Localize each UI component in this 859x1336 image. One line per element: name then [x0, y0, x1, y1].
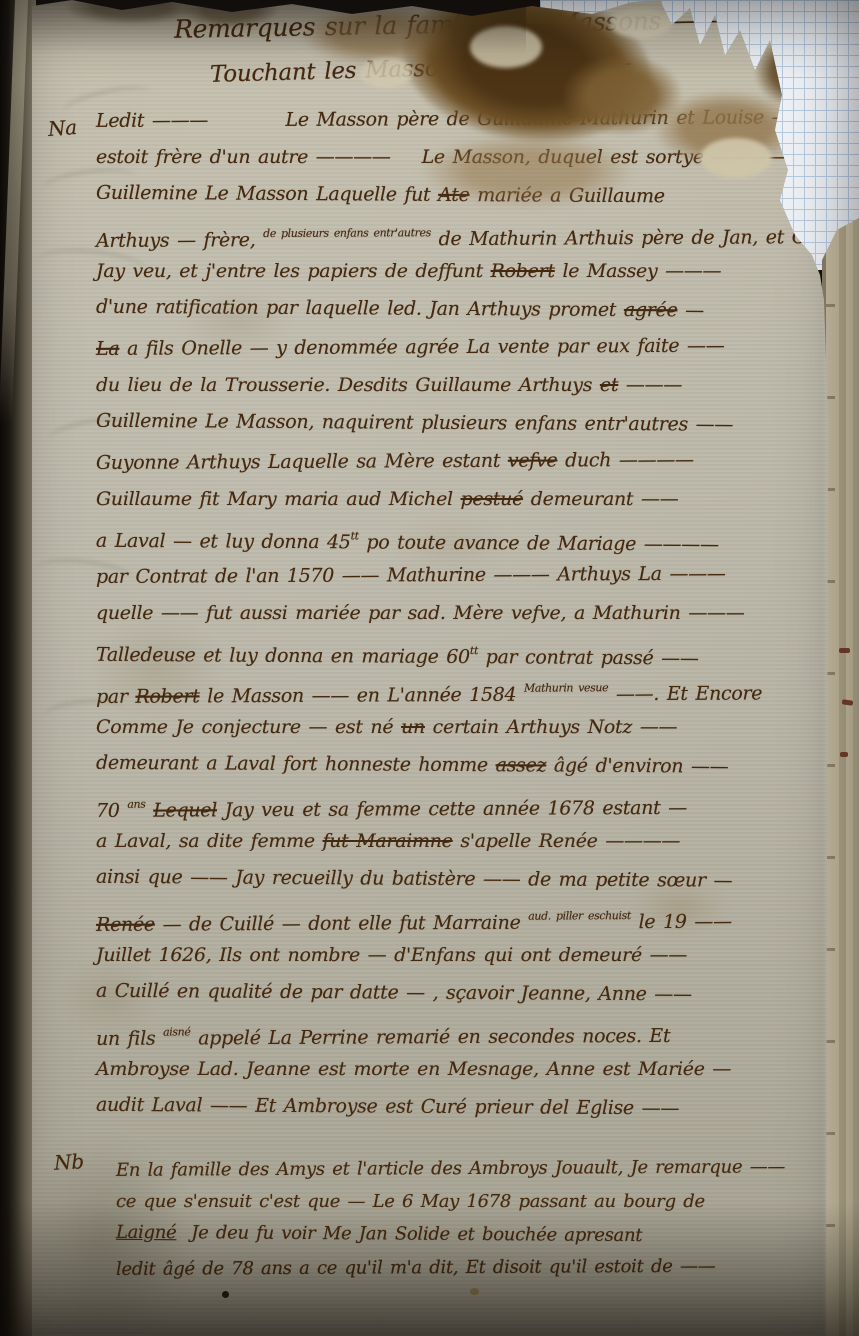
struck-word: un	[401, 716, 425, 738]
manuscript-line: quelle —— fut aussi mariée par sad. Mère…	[96, 594, 828, 632]
manuscript-line: Ledit ——— Le Masson père de Guillaume Ma…	[96, 98, 828, 140]
manuscript-line: Arthuys — frère, de plusieurs enfans ent…	[96, 212, 828, 254]
manuscript-line: du lieu de la Trousserie. Desdits Guilla…	[96, 366, 828, 404]
manuscript-photo: Remarques sur la famille des Massons —— …	[0, 0, 859, 1336]
manuscript-line: par Contrat de l'an 1570 —— Mathurine ——…	[96, 554, 828, 596]
manuscript-line: a Laval — et luy donna 45tt po toute ava…	[96, 516, 828, 558]
struck-word: La	[96, 338, 119, 360]
interlinear-word: tt	[351, 529, 359, 542]
manuscript-page: Remarques sur la famille des Massons —— …	[32, 0, 828, 1336]
body-lines: Ledit ——— Le Masson père de Guillaume Ma…	[32, 100, 828, 1126]
interlinear-word: aud. piller eschuist	[528, 909, 631, 923]
struck-word: et	[600, 374, 618, 396]
manuscript-line: 70 ans Lequel Jay veu et sa femme cette …	[96, 782, 828, 824]
interlinear-word: ans	[127, 798, 145, 811]
struck-word: Robert	[135, 685, 199, 707]
manuscript-line: estoit frère d'un autre ———— Le Masson, …	[96, 138, 828, 176]
manuscript-line: En la famille des Amys et l'article des …	[116, 1150, 828, 1187]
page-title-line-1: Remarques sur la famille des Massons ——	[174, 5, 721, 44]
struck-word: Lequel	[153, 799, 217, 821]
manuscript-line: par Robert le Masson —— en L'année 1584 …	[96, 668, 828, 710]
struck-word: pestué	[461, 488, 523, 510]
manuscript-line: demeurant a Laval fort honneste homme as…	[96, 744, 828, 786]
interlinear-word: de plusieurs enfans entr'autres	[263, 226, 431, 240]
manuscript-line: a Laval, sa dite femme fut Maraimne s'ap…	[96, 822, 828, 860]
struck-word: agrée	[624, 299, 678, 321]
manuscript-line: ledit âgé de 78 ans a ce qu'il m'a dit, …	[116, 1249, 828, 1286]
manuscript-line: ainsi que —— Jay recueilly du batistère …	[96, 858, 828, 900]
struck-word: vefve	[508, 450, 558, 472]
manuscript-line: d'une ratification par laquelle led. Jan…	[96, 288, 828, 330]
struck-word: fut Maraimne	[323, 830, 453, 852]
manuscript-line: La a fils Onelle — y denommée agrée La v…	[96, 326, 828, 368]
manuscript-line: Jay veu, et j'entre les papiers de deffu…	[96, 252, 828, 290]
interlinear-word: tt	[470, 644, 478, 657]
red-edge-mark	[839, 648, 850, 653]
manuscript-line: a Cuillé en qualité de par datte — , sça…	[96, 972, 828, 1014]
red-edge-mark	[840, 752, 848, 757]
manuscript-line: Ambroyse Lad. Jeanne est morte en Mesnag…	[96, 1050, 828, 1088]
manuscript-line: ce que s'ensuit c'est que — Le 6 May 167…	[116, 1185, 828, 1218]
struck-word: Ate	[438, 184, 470, 206]
manuscript-line: Laigné Je deu fu voir Me Jan Solide et b…	[116, 1216, 828, 1253]
struck-word: assez	[496, 754, 547, 776]
manuscript-line: Guillemine Le Masson, naquirent plusieur…	[96, 402, 828, 444]
manuscript-line: Renée — de Cuillé — dont elle fut Marrai…	[96, 896, 828, 938]
manuscript-line: audit Laval —— Et Ambroyse est Curé prie…	[96, 1086, 828, 1128]
manuscript-line: Comme Je conjecture — est né un certain …	[96, 708, 828, 746]
manuscript-line: Guyonne Arthuys Laquelle sa Mère estant …	[96, 440, 828, 482]
struck-word: Renée	[96, 914, 155, 936]
manuscript-line: Guillemine Le Masson Laquelle fut Ate ma…	[96, 174, 828, 216]
note-lines: En la famille des Amys et l'article des …	[32, 1152, 828, 1284]
interlinear-word: Mathurin vesue	[524, 681, 608, 694]
interlinear-word: aisné	[163, 1025, 190, 1038]
manuscript-line: Talledeuse et luy donna en mariage 60tt …	[96, 630, 828, 672]
struck-word: Robert	[491, 260, 555, 282]
manuscript-line: Guillaume fit Mary maria aud Michel pest…	[96, 480, 828, 518]
manuscript-line: Juillet 1626, Ils ont nombre — d'Enfans …	[96, 936, 828, 974]
page-title-line-2: Touchant les Massons et autres ——	[210, 50, 632, 88]
handwriting-layer: Remarques sur la famille des Massons —— …	[32, 0, 828, 1336]
underlined-word: Laigné	[116, 1222, 177, 1243]
manuscript-line: un fils aisné appelé La Perrine remarié …	[96, 1010, 828, 1052]
